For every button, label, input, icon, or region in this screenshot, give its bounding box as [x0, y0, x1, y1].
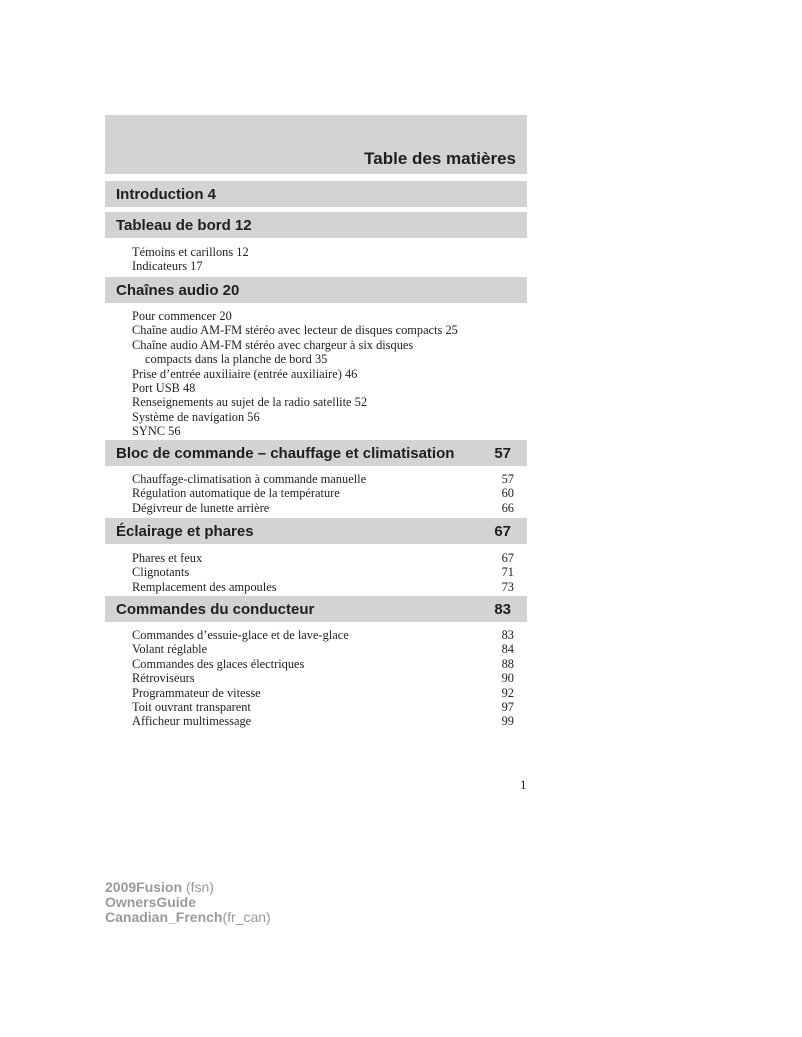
- toc-entry-page: 99: [502, 714, 514, 728]
- toc-entry-title: Port USB 48: [132, 381, 195, 395]
- section-header[interactable]: Commandes du conducteur83: [105, 596, 527, 622]
- toc-entry[interactable]: Port USB 48: [132, 381, 514, 395]
- toc-entry-title: Chaîne audio AM-FM stéréo avec chargeur …: [132, 338, 413, 352]
- toc-entry-title: Renseignements au sujet de la radio sate…: [132, 395, 367, 409]
- footer-language-code: (fr_can): [222, 909, 270, 925]
- toc-entry[interactable]: Commandes d’essuie-glace et de lave-glac…: [132, 628, 514, 642]
- section-header[interactable]: Tableau de bord 12: [105, 212, 527, 238]
- toc-entry-title: Prise d’entrée auxiliaire (entrée auxili…: [132, 367, 357, 381]
- toc-entry-page: 84: [502, 642, 514, 656]
- toc-entry[interactable]: Prise d’entrée auxiliaire (entrée auxili…: [132, 367, 514, 381]
- toc-entry-page: 83: [502, 628, 514, 642]
- section-header[interactable]: Éclairage et phares67: [105, 518, 527, 544]
- toc-entry[interactable]: Phares et feux67: [132, 551, 514, 565]
- toc-entry-title: Commandes des glaces électriques: [132, 657, 304, 671]
- section-title: Tableau de bord 12: [116, 217, 252, 234]
- section-entries: Commandes d’essuie-glace et de lave-glac…: [132, 628, 514, 729]
- toc-entry-title: Clignotants: [132, 565, 189, 579]
- toc-entry[interactable]: Programmateur de vitesse92: [132, 686, 514, 700]
- section-entries: Chauffage-climatisation à commande manue…: [132, 472, 514, 515]
- section-title: Introduction 4: [116, 186, 216, 203]
- title-banner: Table des matières: [105, 115, 527, 174]
- toc-entry-title: Remplacement des ampoules: [132, 580, 277, 594]
- toc-entry[interactable]: compacts dans la planche de bord 35: [132, 352, 514, 366]
- toc-entry[interactable]: Chaîne audio AM-FM stéréo avec chargeur …: [132, 338, 514, 352]
- footer-model-code: (fsn): [182, 879, 214, 895]
- footer-meta: 2009Fusion (fsn) OwnersGuide Canadian_Fr…: [105, 880, 271, 925]
- toc-entry-page: 92: [502, 686, 514, 700]
- section-page-number: 67: [494, 523, 511, 540]
- toc-entry-title: Chaîne audio AM-FM stéréo avec lecteur d…: [132, 323, 458, 337]
- toc-entry-title: Pour commencer 20: [132, 309, 232, 323]
- toc-entry[interactable]: Rétroviseurs90: [132, 671, 514, 685]
- section-header[interactable]: Introduction 4: [105, 181, 527, 207]
- toc-entry-title: Toit ouvrant transparent: [132, 700, 251, 714]
- section-header[interactable]: Chaînes audio 20: [105, 277, 527, 303]
- section-title: Chaînes audio 20: [116, 282, 239, 299]
- toc-entry-page: 88: [502, 657, 514, 671]
- toc-entry[interactable]: Volant réglable84: [132, 642, 514, 656]
- toc-entry-title: Témoins et carillons 12: [132, 245, 249, 259]
- toc-entry-title: Phares et feux: [132, 551, 202, 565]
- section-entries: Phares et feux67Clignotants71Remplacemen…: [132, 551, 514, 594]
- page-number: 1: [520, 777, 527, 793]
- toc-entry-title: Rétroviseurs: [132, 671, 195, 685]
- toc-entry[interactable]: Commandes des glaces électriques88: [132, 657, 514, 671]
- toc-entry[interactable]: SYNC 56: [132, 424, 514, 438]
- toc-entry-title: Afficheur multimessage: [132, 714, 251, 728]
- toc-entry-title: Dégivreur de lunette arrière: [132, 501, 269, 515]
- toc-entry-title: SYNC 56: [132, 424, 181, 438]
- footer-doc-type: OwnersGuide: [105, 894, 196, 910]
- toc-entry-title: Chauffage-climatisation à commande manue…: [132, 472, 366, 486]
- toc-entry-title: compacts dans la planche de bord 35: [132, 352, 327, 366]
- toc-entry[interactable]: Chauffage-climatisation à commande manue…: [132, 472, 514, 486]
- section-title: Commandes du conducteur: [116, 601, 314, 618]
- toc-entry-page: 67: [502, 551, 514, 565]
- toc-entry[interactable]: Dégivreur de lunette arrière66: [132, 501, 514, 515]
- toc-entry-page: 73: [502, 580, 514, 594]
- document-page: Table des matières Introduction 4Tableau…: [0, 0, 802, 1037]
- toc-entry-title: Commandes d’essuie-glace et de lave-glac…: [132, 628, 349, 642]
- section-page-number: 83: [494, 601, 511, 618]
- toc-entry-title: Régulation automatique de la température: [132, 486, 340, 500]
- footer-language: Canadian_French: [105, 909, 222, 925]
- toc-entry[interactable]: Pour commencer 20: [132, 309, 514, 323]
- section-title: Bloc de commande – chauffage et climatis…: [116, 445, 454, 462]
- toc-entry[interactable]: Indicateurs 17: [132, 259, 514, 273]
- footer-model: 2009Fusion: [105, 879, 182, 895]
- toc-entry[interactable]: Clignotants71: [132, 565, 514, 579]
- page-title: Table des matières: [364, 149, 516, 169]
- toc-entry-title: Programmateur de vitesse: [132, 686, 261, 700]
- toc-entry[interactable]: Témoins et carillons 12: [132, 245, 514, 259]
- toc-entry[interactable]: Afficheur multimessage99: [132, 714, 514, 728]
- toc-entry-page: 90: [502, 671, 514, 685]
- toc-entry[interactable]: Renseignements au sujet de la radio sate…: [132, 395, 514, 409]
- section-entries: Pour commencer 20Chaîne audio AM-FM stér…: [132, 309, 514, 439]
- toc-entry[interactable]: Chaîne audio AM-FM stéréo avec lecteur d…: [132, 323, 514, 337]
- toc-entry-title: Indicateurs 17: [132, 259, 203, 273]
- toc-entry[interactable]: Remplacement des ampoules73: [132, 580, 514, 594]
- toc-entry-page: 60: [502, 486, 514, 500]
- toc-entry-title: Système de navigation 56: [132, 410, 260, 424]
- toc-entry[interactable]: Régulation automatique de la température…: [132, 486, 514, 500]
- toc-entry[interactable]: Toit ouvrant transparent97: [132, 700, 514, 714]
- section-entries: Témoins et carillons 12Indicateurs 17: [132, 245, 514, 274]
- toc-entry-page: 71: [502, 565, 514, 579]
- toc-entry[interactable]: Système de navigation 56: [132, 410, 514, 424]
- toc-entry-title: Volant réglable: [132, 642, 207, 656]
- toc-entry-page: 57: [502, 472, 514, 486]
- section-title: Éclairage et phares: [116, 523, 254, 540]
- section-header[interactable]: Bloc de commande – chauffage et climatis…: [105, 440, 527, 466]
- toc-entry-page: 97: [502, 700, 514, 714]
- toc-entry-page: 66: [502, 501, 514, 515]
- section-page-number: 57: [494, 445, 511, 462]
